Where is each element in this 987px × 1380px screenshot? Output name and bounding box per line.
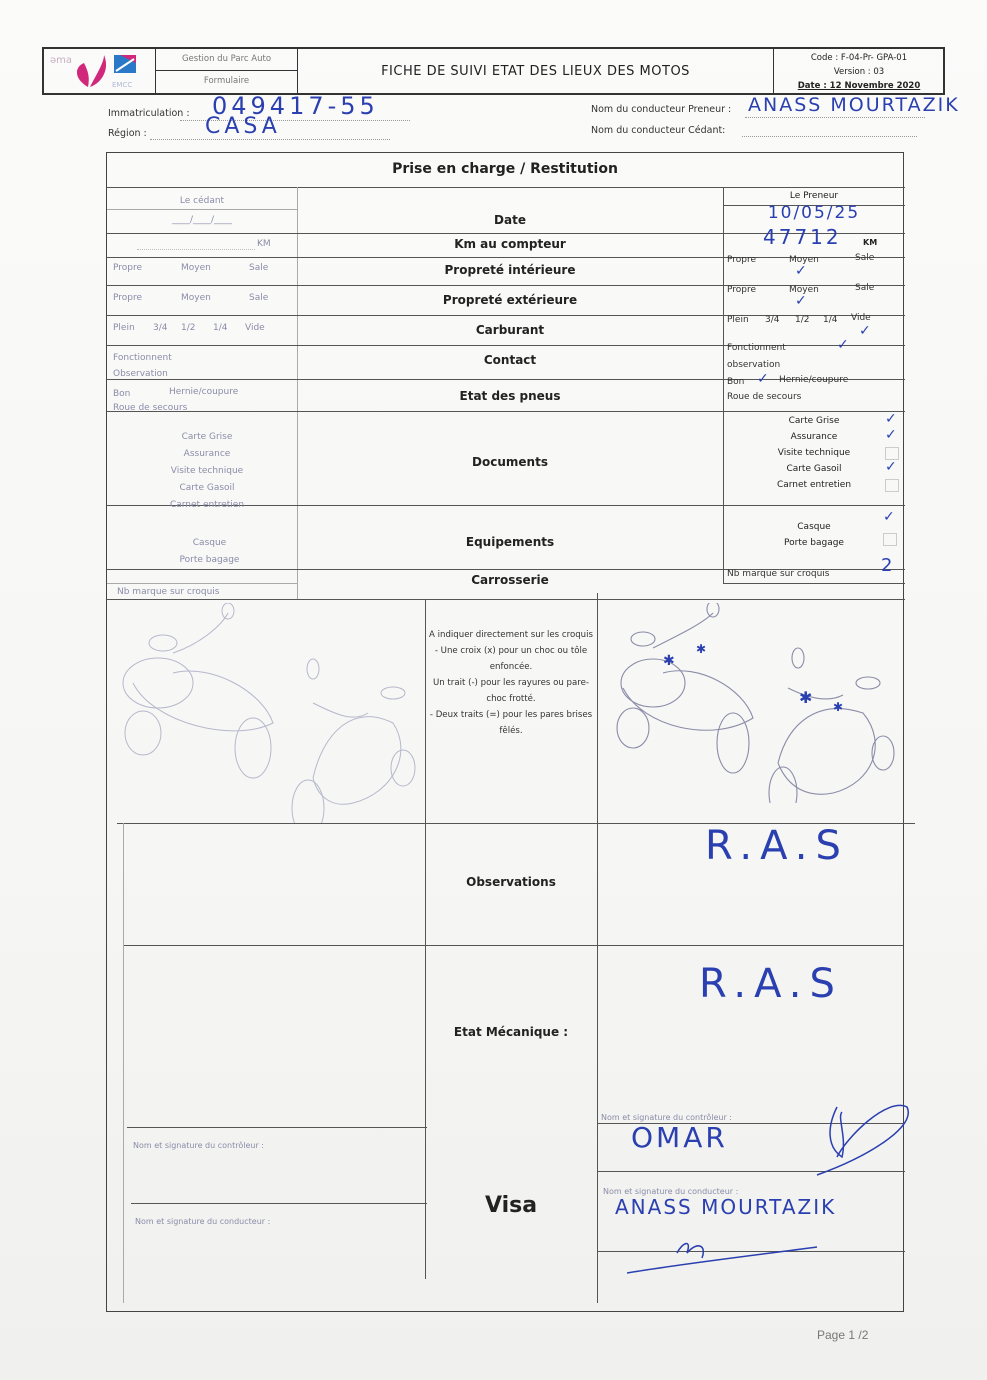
left-conducteur-label: Nom et signature du conducteur :	[135, 1217, 270, 1226]
preneur-ext-sale[interactable]: Sale	[855, 283, 874, 293]
svg-text:ǝma: ǝma	[50, 55, 72, 66]
divider	[107, 257, 905, 258]
cedant-equipements-list: Casque Porte bagage	[107, 535, 312, 569]
controleur-signature-icon	[807, 1097, 917, 1177]
row-label-km: Km au compteur	[297, 237, 723, 251]
cedant-equip-porte-bagage[interactable]: Porte bagage	[107, 552, 312, 569]
mecanique-field[interactable]: R.A.S	[699, 961, 843, 1007]
form-header: ǝma EMCC Gestion du Parc Auto Formulaire…	[42, 47, 945, 95]
damage-mark-icon: ✱	[663, 653, 675, 669]
damage-mark-icon: ✱	[696, 642, 706, 656]
cedant-doc-carnet-entretien[interactable]: Carnet entretien	[107, 497, 307, 514]
damage-mark-icon: ✱	[799, 688, 812, 707]
cedant-date-field[interactable]: ____/____/____	[107, 215, 297, 225]
preneur-pneus-roue-secours[interactable]: Roue de secours	[727, 392, 801, 402]
divider	[107, 583, 297, 584]
row-label-carrosserie: Carrosserie	[297, 573, 723, 587]
cedant-fuel-plein[interactable]: Plein	[113, 323, 135, 333]
region-label: Région :	[108, 128, 147, 139]
region-line	[150, 139, 390, 140]
preneur-doc-carte-gasoil[interactable]: Carte Gasoil	[723, 461, 905, 477]
scooter-sketch-left	[113, 603, 418, 823]
check-mark-icon: ✓	[885, 411, 897, 427]
preneur-line	[745, 117, 925, 118]
preneur-fuel-3-4[interactable]: 3/4	[765, 315, 779, 325]
preneur-fuel-1-4[interactable]: 1/4	[823, 315, 837, 325]
preneur-doc-visite-technique[interactable]: Visite technique	[723, 445, 905, 461]
cedant-doc-carte-gasoil[interactable]: Carte Gasoil	[107, 480, 307, 497]
instruction-line: Un trait (-) pour les rayures ou pare-ch…	[427, 675, 595, 707]
cedant-documents-list: Carte Grise Assurance Visite technique C…	[107, 429, 307, 514]
row-label-documents: Documents	[297, 455, 723, 469]
check-mark-icon: ✓	[885, 459, 897, 475]
check-mark-icon: ✓	[885, 427, 897, 443]
preneur-pneus-hernie[interactable]: Hernie/coupure	[779, 375, 848, 385]
divider	[131, 1203, 427, 1204]
instruction-line: - Deux traits (=) pour les pares brises …	[427, 707, 595, 739]
observations-field[interactable]: R.A.S	[705, 823, 849, 869]
preneur-nb-marque-label: Nb marque sur croquis	[727, 569, 829, 579]
controleur-signature-field[interactable]: OMAR	[631, 1121, 728, 1154]
observations-label: Observations	[425, 875, 597, 889]
immatriculation-label: Immatriculation :	[108, 108, 190, 119]
porte-bagage-checkbox[interactable]	[883, 533, 897, 546]
row-label-date: Date	[297, 213, 723, 227]
divider	[107, 599, 905, 600]
preneur-fuel-1-2[interactable]: 1/2	[795, 315, 809, 325]
table-title: Prise en charge / Restitution	[107, 161, 903, 177]
cedant-label: Nom du conducteur Cédant:	[591, 125, 725, 136]
preneur-fuel-vide[interactable]: Vide	[851, 313, 871, 323]
cedant-int-propre[interactable]: Propre	[113, 263, 142, 273]
cedant-km-line	[137, 249, 255, 250]
cedant-pneus-bon[interactable]: Bon	[113, 389, 130, 399]
cedant-fuel-3-4[interactable]: 3/4	[153, 323, 167, 333]
preneur-km-field[interactable]: 47712	[763, 225, 842, 249]
row-label-etat-pneus: Etat des pneus	[297, 389, 723, 403]
divider	[123, 945, 903, 946]
cedant-km-field[interactable]: KM	[257, 239, 271, 249]
preneur-equip-casque[interactable]: Casque	[723, 519, 905, 535]
cedant-column-header: Le cédant	[107, 196, 297, 206]
divider	[107, 411, 905, 412]
check-mark-icon: ✓	[795, 293, 807, 309]
org-block: Gestion du Parc Auto Formulaire	[156, 49, 298, 93]
cedant-ext-moyen[interactable]: Moyen	[181, 293, 211, 303]
doc-date: Date : 12 Novembre 2020	[774, 79, 944, 93]
cedant-fuel-vide[interactable]: Vide	[245, 323, 265, 333]
instruction-line: - Une croix (x) pour un choc ou tôle enf…	[427, 643, 595, 675]
cedant-doc-assurance[interactable]: Assurance	[107, 446, 307, 463]
scooter-sketch-right: ✱ ✱ ✱ ✱	[603, 603, 903, 803]
preneur-ext-propre[interactable]: Propre	[727, 285, 756, 295]
preneur-equip-porte-bagage[interactable]: Porte bagage	[723, 535, 905, 551]
check-mark-icon: ✓	[883, 509, 895, 525]
col-divider	[597, 593, 598, 1303]
divider	[127, 1127, 427, 1128]
damage-mark-icon: ✱	[833, 700, 843, 714]
preneur-nb-marque-field[interactable]: 2	[881, 555, 896, 576]
left-controleur-label: Nom et signature du contrôleur :	[133, 1141, 264, 1150]
cedant-int-sale[interactable]: Sale	[249, 263, 268, 273]
preneur-label: Nom du conducteur Preneur :	[591, 104, 731, 115]
sketch-instructions: A indiquer directement sur les croquis -…	[427, 627, 595, 739]
cedant-ext-propre[interactable]: Propre	[113, 293, 142, 303]
check-mark-icon: ✓	[757, 371, 769, 387]
org-name: Gestion du Parc Auto	[156, 49, 297, 71]
mecanique-label: Etat Mécanique :	[425, 1025, 597, 1039]
col-divider	[123, 823, 124, 1303]
cedant-contact-observation[interactable]: Observation	[113, 369, 168, 379]
document-title: FICHE DE SUIVI ETAT DES LIEUX DES MOTOS	[298, 49, 774, 93]
preneur-documents-list: Carte Grise Assurance Visite technique C…	[723, 413, 905, 493]
check-mark-icon: ✓	[795, 263, 807, 279]
divider	[107, 209, 297, 210]
preneur-contact-observation[interactable]: observation	[727, 360, 780, 370]
km-unit: KM	[863, 238, 877, 247]
cedant-int-moyen[interactable]: Moyen	[181, 263, 211, 273]
check-mark-icon: ✓	[837, 337, 849, 353]
doc-code: Code : F-04-Pr- GPA-01	[774, 49, 944, 65]
preneur-int-sale[interactable]: Sale	[855, 253, 874, 263]
divider	[107, 187, 905, 188]
preneur-doc-carte-grise[interactable]: Carte Grise	[723, 413, 905, 429]
divider	[107, 285, 905, 286]
logo-block: ǝma EMCC	[44, 49, 156, 93]
doc-version: Version : 03	[774, 65, 944, 79]
divider	[107, 315, 905, 316]
instruction-line: A indiquer directement sur les croquis	[427, 627, 595, 643]
cedant-doc-visite-technique[interactable]: Visite technique	[107, 463, 307, 480]
row-label-equipements: Equipements	[297, 535, 723, 549]
row-label-proprete-interieure: Propreté intérieure	[297, 263, 723, 277]
cedant-ext-sale[interactable]: Sale	[249, 293, 268, 303]
preneur-int-propre[interactable]: Propre	[727, 255, 756, 265]
cedant-equip-casque[interactable]: Casque	[107, 535, 312, 552]
cedant-contact-fonctionnent[interactable]: Fonctionnent	[113, 353, 172, 363]
preneur-contact-fonctionnent[interactable]: Fonctionnent	[727, 343, 786, 353]
inspection-table: Prise en charge / Restitution Le cédant …	[106, 152, 904, 1312]
cedant-fuel-1-2[interactable]: 1/2	[181, 323, 195, 333]
divider	[723, 583, 905, 584]
doc-code-block: Code : F-04-Pr- GPA-01 Version : 03 Date…	[774, 49, 945, 93]
cedant-pneus-hernie[interactable]: Hernie/coupure	[169, 387, 238, 397]
row-label-carburant: Carburant	[297, 323, 723, 337]
scanned-form-page: ǝma EMCC Gestion du Parc Auto Formulaire…	[0, 0, 987, 1380]
svg-text:EMCC: EMCC	[112, 81, 132, 89]
preneur-field[interactable]: ANASS MOURTAZIK	[748, 94, 960, 116]
preneur-doc-assurance[interactable]: Assurance	[723, 429, 905, 445]
carnet-entretien-checkbox[interactable]	[885, 479, 899, 492]
cedant-field[interactable]	[742, 136, 917, 137]
company-logo-icon: ǝma EMCC	[44, 49, 154, 93]
conducteur-signature-field[interactable]: ANASS MOURTAZIK	[615, 1195, 836, 1219]
cedant-doc-carte-grise[interactable]: Carte Grise	[107, 429, 307, 446]
preneur-date-field[interactable]: 10/05/25	[723, 203, 905, 223]
preneur-column-header: Le Preneur	[723, 191, 905, 201]
preneur-doc-carnet-entretien[interactable]: Carnet entretien	[723, 477, 905, 493]
preneur-fuel-plein[interactable]: Plein	[727, 315, 749, 325]
check-mark-icon: ✓	[859, 323, 871, 339]
page-number: Page 1 /2	[817, 1328, 868, 1342]
cedant-nb-marque-label: Nb marque sur croquis	[117, 587, 219, 597]
cedant-pneus-roue-secours[interactable]: Roue de secours	[113, 403, 187, 413]
visa-label: Visa	[425, 1193, 597, 1218]
region-field[interactable]: CASA	[205, 114, 281, 139]
form-type: Formulaire	[156, 71, 297, 93]
row-label-proprete-exterieure: Propreté extérieure	[297, 293, 723, 307]
conducteur-signature-icon	[627, 1223, 827, 1283]
row-label-contact: Contact	[297, 353, 723, 367]
cedant-fuel-1-4[interactable]: 1/4	[213, 323, 227, 333]
col-divider	[425, 599, 426, 1279]
preneur-equipements-list: Casque Porte bagage	[723, 519, 905, 551]
preneur-pneus-bon[interactable]: Bon	[727, 377, 744, 387]
